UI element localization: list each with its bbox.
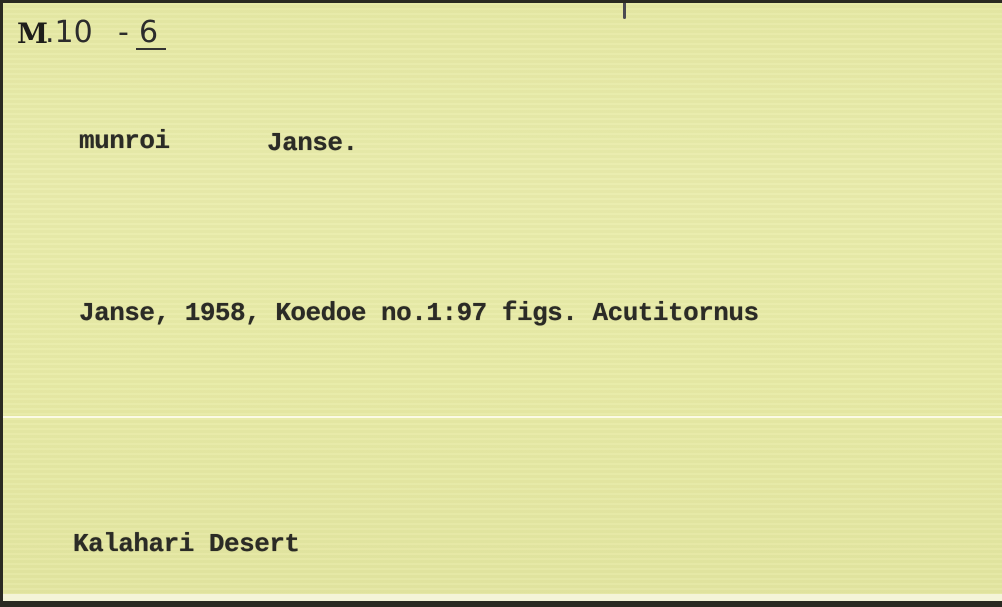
species-name: munroi (79, 126, 170, 156)
suffix-underline (136, 48, 166, 50)
author-name: Janse. (267, 128, 358, 158)
pencil-mark (623, 3, 626, 19)
locality: Kalahari Desert (73, 529, 300, 559)
card-edge (3, 594, 1002, 601)
catalog-separator: - (118, 15, 129, 50)
catalog-prefix: M (17, 17, 48, 50)
fold-line (3, 416, 1002, 418)
reference-citation: Janse, 1958, Koedoe no.1:97 figs. Acutit… (79, 298, 759, 328)
catalog-number: .10 (45, 15, 93, 50)
index-card: M .10 - 6 munroi Janse. Janse, 1958, Koe… (3, 3, 1002, 601)
catalog-suffix: 6 (139, 15, 158, 50)
